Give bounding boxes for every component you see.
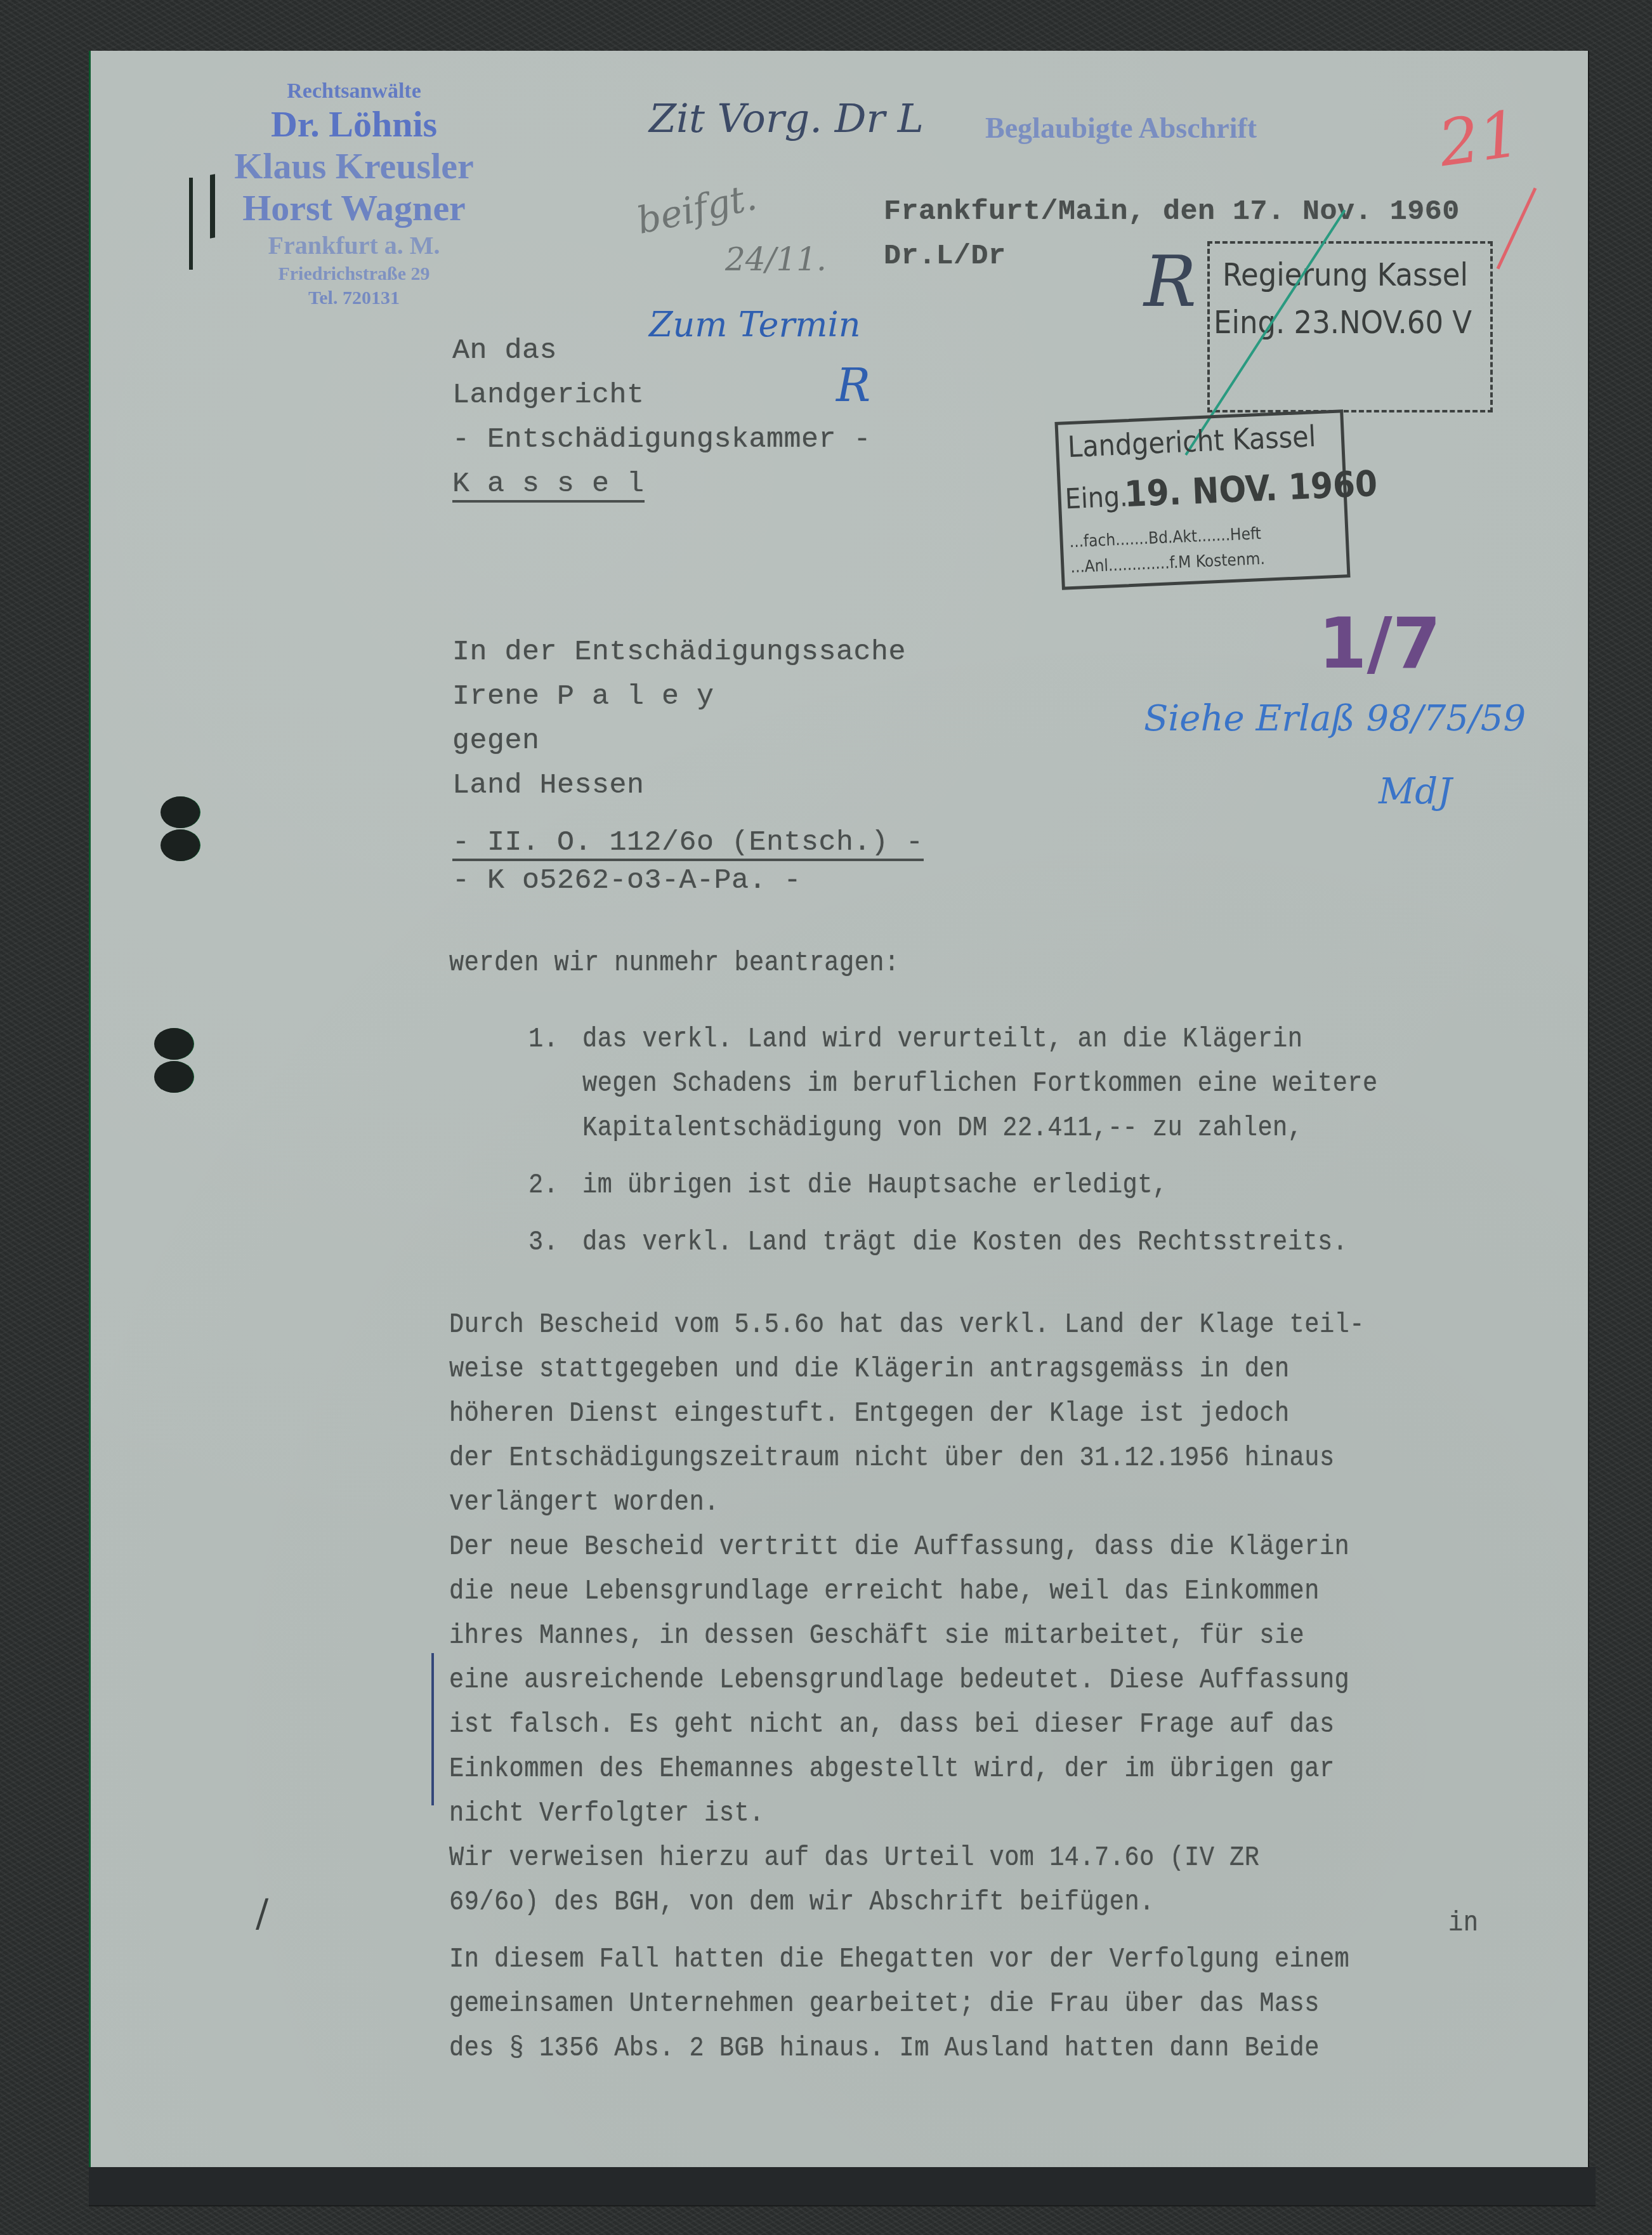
- paragraph-3-line: Wir verweisen hierzu auf das Urteil vom …: [449, 1842, 1259, 1874]
- letterhead-name-2: Klaus Kreusler: [195, 145, 513, 187]
- margin-slash: /: [256, 1891, 268, 1935]
- handwritten-pencil-note: beifgt.: [633, 175, 760, 242]
- landgericht-stamp-received-label: Eing.: [1065, 480, 1129, 515]
- item-2-line-1: im übrigen ist die Hauptsache erledigt,: [582, 1169, 1167, 1201]
- paragraph-2-line: Einkommen des Ehemannes abgestellt wird,…: [449, 1753, 1335, 1785]
- handwritten-erlass-sub: MdJ: [1379, 771, 1452, 812]
- paragraph-2-line: die neue Lebensgrundlage erreicht habe, …: [449, 1575, 1320, 1607]
- case-line-1: In der Entschädigungssache: [452, 636, 906, 668]
- item-1-line-3: Kapitalentschädigung von DM 22.411,-- zu…: [582, 1112, 1302, 1144]
- handwritten-blue-note: Zum Termin: [649, 305, 861, 345]
- handwritten-red-mark: 21: [1434, 96, 1524, 181]
- paragraph-1-line: der Entschädigungszeitraum nicht über de…: [449, 1442, 1335, 1474]
- recipient-line-2: Landgericht: [452, 379, 645, 411]
- paragraph-1-line: weise stattgegeben und die Klägerin antr…: [449, 1353, 1290, 1385]
- paragraph-2-line: eine ausreichende Lebensgrundlage bedeut…: [449, 1664, 1349, 1696]
- letterhead-phone: Tel. 720131: [195, 286, 513, 310]
- punch-hole: [161, 829, 200, 861]
- letterhead-name-3: Horst Wagner: [195, 187, 513, 229]
- handwritten-erlass-note: Siehe Erlaß 98/75/59: [1144, 698, 1526, 739]
- handwritten-signature-mark: R: [1144, 241, 1196, 322]
- paragraph-2-line: nicht Verfolgter ist.: [449, 1797, 764, 1830]
- letterhead-city: Frankfurt a. M.: [195, 229, 513, 262]
- item-1-line-1: das verkl. Land wird verurteilt, an die …: [582, 1023, 1302, 1055]
- letterhead-name-1: Dr. Löhnis: [195, 103, 513, 145]
- place-date: Frankfurt/Main, den 17. Nov. 1960: [884, 195, 1460, 228]
- certified-copy-stamp: Beglaubigte Abschrift: [985, 111, 1257, 145]
- red-slash: [1497, 188, 1537, 270]
- paragraph-1-line: Durch Bescheid vom 5.5.6o hat das verkl.…: [449, 1309, 1365, 1341]
- item-1-line-2: wegen Schadens im beruflichen Fortkommen…: [582, 1067, 1378, 1100]
- landgericht-kassel-stamp: Landgericht Kassel Eing. 19. NOV. 1960 .…: [1054, 409, 1350, 590]
- case-line-2: Irene P a l e y: [452, 680, 714, 713]
- case-line-3: gegen: [452, 725, 540, 757]
- letterhead-stamp: Rechtsanwälte Dr. Löhnis Klaus Kreusler …: [195, 79, 513, 310]
- paragraph-4-line: des § 1356 Abs. 2 BGB hinaus. Im Ausland…: [449, 2032, 1320, 2064]
- reference-code: Dr.L/Dr: [884, 240, 1006, 272]
- landgericht-stamp-line1: ...fach.......Bd.Akt.......Heft: [1069, 524, 1261, 551]
- item-2-number: 2.: [528, 1169, 558, 1201]
- regierung-stamp-title: Regierung Kassel: [1223, 256, 1468, 293]
- paragraph-4-line: gemeinsamen Unternehmen gearbeitet; die …: [449, 1988, 1320, 2020]
- recipient-line-3: - Entschädigungskammer -: [452, 423, 871, 456]
- recipient-line-1: An das: [452, 334, 557, 367]
- tear-mark: [189, 178, 193, 270]
- case-reference-1: - II. O. 112/6o (Entsch.) -: [452, 826, 924, 861]
- inserted-word: in: [1448, 1907, 1478, 1939]
- document-page: Rechtsanwälte Dr. Löhnis Klaus Kreusler …: [89, 51, 1588, 2167]
- handwritten-pencil-date: 24/11.: [725, 241, 827, 278]
- punch-hole: [161, 796, 200, 828]
- binder-strip: [89, 2167, 1596, 2206]
- body-intro: werden wir nunmehr beantragen:: [449, 947, 900, 979]
- item-3-line-1: das verkl. Land trägt die Kosten des Rec…: [582, 1226, 1347, 1258]
- punch-hole: [154, 1061, 193, 1093]
- paragraph-2-line: ihres Mannes, in dessen Geschäft sie mit…: [449, 1619, 1304, 1652]
- punch-hole: [154, 1028, 193, 1060]
- item-3-number: 3.: [528, 1226, 558, 1258]
- paragraph-1-line: verlängert worden.: [449, 1486, 719, 1519]
- landgericht-stamp-title: Landgericht Kassel: [1067, 419, 1316, 464]
- landgericht-stamp-line2: ...Anl.............f.M Kostenm.: [1070, 550, 1266, 577]
- handwritten-blue-initial: R: [836, 359, 870, 412]
- letterhead-street: Friedrichstraße 29: [195, 262, 513, 286]
- paragraph-3-line: 69/6o) des BGH, von dem wir Abschrift be…: [449, 1886, 1155, 1918]
- paragraph-1-line: höheren Dienst eingestuft. Entgegen der …: [449, 1397, 1290, 1430]
- recipient-line-4: K a s s e l: [452, 468, 645, 503]
- purple-crayon-mark: 1/7: [1318, 603, 1441, 684]
- letterhead-title: Rechtsanwälte: [195, 79, 513, 103]
- case-reference-2: - K o5262-o3-A-Pa. -: [452, 864, 801, 897]
- paragraph-2-line: ist falsch. Es geht nicht an, dass bei d…: [449, 1708, 1335, 1741]
- landgericht-stamp-received-date: 19. NOV. 1960: [1124, 463, 1378, 515]
- regierung-kassel-stamp: Regierung Kassel Eing. 23.NOV.60 V: [1207, 241, 1493, 412]
- paragraph-4-line: In diesem Fall hatten die Ehegatten vor …: [449, 1943, 1349, 1975]
- item-1-number: 1.: [528, 1023, 558, 1055]
- regierung-stamp-received: Eing. 23.NOV.60 V: [1214, 304, 1472, 341]
- margin-pen-line: [431, 1653, 434, 1805]
- paragraph-2-line: Der neue Bescheid vertritt die Auffassun…: [449, 1531, 1349, 1563]
- handwritten-top-note: Zit Vorg. Dr L: [649, 95, 924, 142]
- case-line-4: Land Hessen: [452, 769, 645, 801]
